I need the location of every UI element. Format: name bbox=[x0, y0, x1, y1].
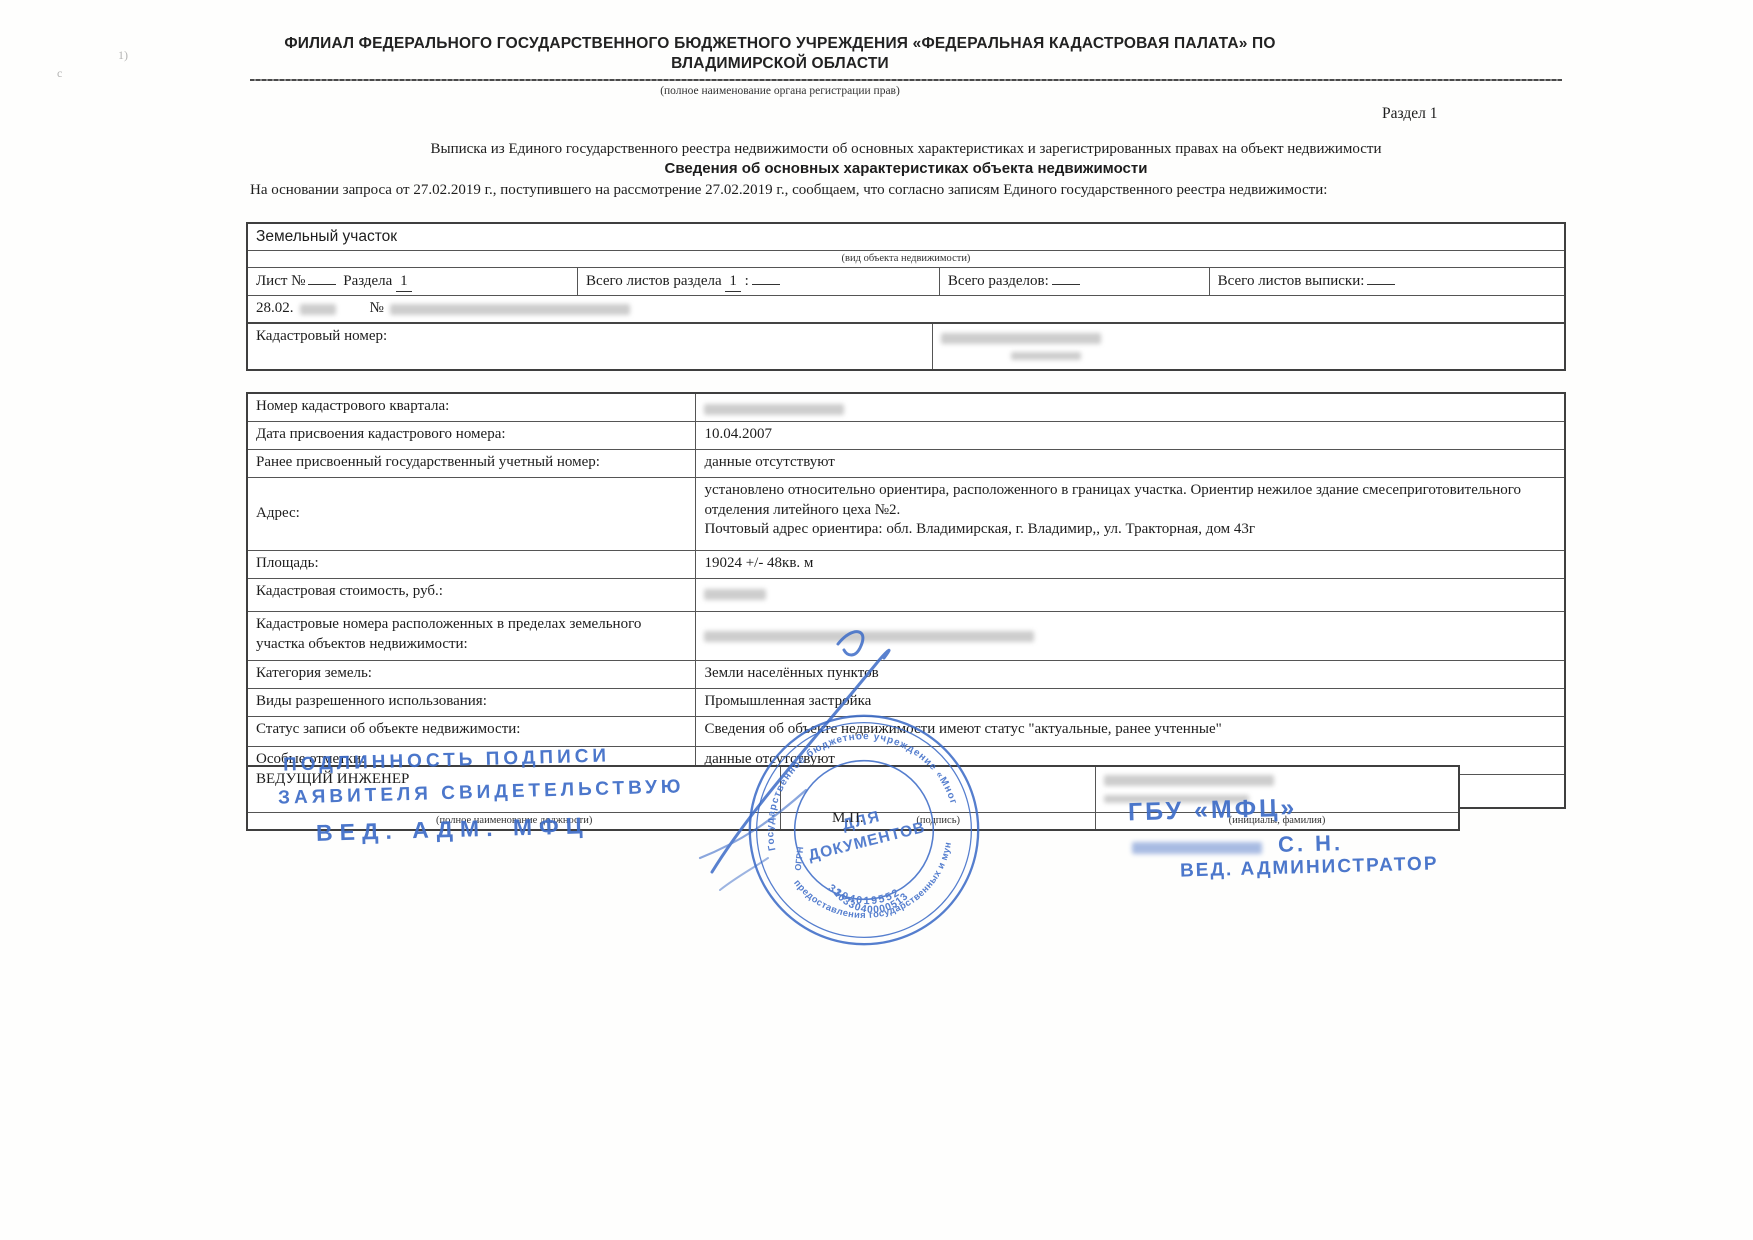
sections-total-label: Всего разделов: bbox=[948, 273, 1049, 289]
blank-line bbox=[308, 271, 336, 285]
redacted-text bbox=[941, 333, 1101, 344]
table-row: (вид объекта недвижимости) bbox=[248, 250, 1564, 267]
razdel-label: Раздела bbox=[343, 273, 392, 289]
sheets-of-section-cell: Всего листов раздела 1 : bbox=[577, 268, 939, 296]
org-name-caption: (полное наименование органа регистрации … bbox=[280, 85, 1280, 97]
request-date-cell: 28.02. № bbox=[248, 296, 1564, 322]
mfc-role-stamp: ВЕД. АДМИНИСТРАТОР bbox=[1180, 853, 1439, 882]
address-line1: установлено относительно ориентира, расп… bbox=[704, 481, 1556, 520]
row-label: Адрес: bbox=[248, 478, 695, 550]
row-value: установлено относительно ориентира, расп… bbox=[695, 478, 1564, 550]
sheets-of-section-label: Всего листов раздела bbox=[586, 273, 722, 289]
sections-total-cell: Всего разделов: bbox=[939, 268, 1209, 296]
blank-line bbox=[752, 271, 780, 285]
table-row: 28.02. № bbox=[248, 295, 1564, 322]
sheet-number-cell: Лист № Раздела 1 bbox=[248, 268, 577, 296]
table-row: Ранее присвоенный государственный учетны… bbox=[248, 449, 1564, 477]
razdel-number: 1 bbox=[396, 272, 412, 293]
signature-stroke bbox=[600, 600, 1020, 930]
row-label: Номер кадастрового квартала: bbox=[248, 394, 695, 421]
row-value: 19024 +/- 48кв. м bbox=[695, 551, 1564, 578]
intro-paragraph: На основании запроса от 27.02.2019 г., п… bbox=[250, 180, 1495, 200]
document-title: Выписка из Единого государственного реес… bbox=[250, 141, 1562, 158]
mfc-initials-stamp: С. Н. bbox=[1278, 830, 1344, 858]
blank-line bbox=[1367, 271, 1395, 285]
redacted-text bbox=[1011, 352, 1081, 360]
redacted-text bbox=[704, 404, 844, 415]
table-row: Кадастровый номер: bbox=[248, 322, 1564, 369]
object-kind-value: Земельный участок bbox=[248, 224, 1564, 250]
sheet-label: Лист № bbox=[256, 273, 305, 289]
document-subtitle: Сведения об основных характеристиках объ… bbox=[250, 160, 1562, 177]
row-label: Площадь: bbox=[248, 551, 695, 578]
request-number-label: № bbox=[370, 299, 384, 319]
header-rule bbox=[250, 79, 1562, 81]
table-row: Номер кадастрового квартала: bbox=[248, 394, 1564, 421]
redacted-text bbox=[390, 304, 630, 315]
sheets-of-section-number: 1 bbox=[725, 272, 741, 293]
table-row: Дата присвоения кадастрового номера: 10.… bbox=[248, 421, 1564, 449]
table-row: Площадь: 19024 +/- 48кв. м bbox=[248, 550, 1564, 578]
row-value bbox=[695, 394, 1564, 421]
row-label: Ранее присвоенный государственный учетны… bbox=[248, 450, 695, 477]
address-line2: Почтовый адрес ориентира: обл. Владимирс… bbox=[704, 520, 1556, 540]
section-label: Раздел 1 bbox=[1382, 105, 1437, 123]
cadastral-number-label: Кадастровый номер: bbox=[248, 324, 932, 369]
row-value: 10.04.2007 bbox=[695, 422, 1564, 449]
redacted-text bbox=[704, 589, 766, 600]
table-row: Лист № Раздела 1 Всего листов раздела 1 … bbox=[248, 267, 1564, 296]
redacted-text bbox=[1132, 842, 1262, 854]
row-label: Дата присвоения кадастрового номера: bbox=[248, 422, 695, 449]
registration-org-name: ФИЛИАЛ ФЕДЕРАЛЬНОГО ГОСУДАРСТВЕННОГО БЮД… bbox=[280, 34, 1280, 74]
table-row: Адрес: установлено относительно ориентир… bbox=[248, 477, 1564, 550]
colon: : bbox=[745, 273, 749, 289]
object-kind-caption: (вид объекта недвижимости) bbox=[248, 251, 1564, 267]
mfc-org-stamp: ГБУ «МФЦ» bbox=[1128, 794, 1298, 828]
cadastral-number-value bbox=[932, 324, 1564, 369]
scan-artifact: 1) bbox=[118, 48, 128, 63]
sheets-total-cell: Всего листов выписки: bbox=[1209, 268, 1564, 296]
object-kind-table: Земельный участок (вид объекта недвижимо… bbox=[246, 222, 1566, 371]
row-value: данные отсутствуют bbox=[695, 450, 1564, 477]
redacted-text bbox=[1104, 775, 1274, 786]
request-date: 28.02. bbox=[256, 299, 294, 319]
org-name-line2: ВЛАДИМИРСКОЙ ОБЛАСТИ bbox=[280, 54, 1280, 74]
table-row: Земельный участок bbox=[248, 224, 1564, 250]
org-name-line1: ФИЛИАЛ ФЕДЕРАЛЬНОГО ГОСУДАРСТВЕННОГО БЮД… bbox=[280, 34, 1280, 54]
redacted-text bbox=[300, 304, 336, 315]
blank-line bbox=[1052, 271, 1080, 285]
document-page: 1) c ФИЛИАЛ ФЕДЕРАЛЬНОГО ГОСУДАРСТВЕННОГ… bbox=[0, 0, 1753, 1240]
scan-artifact: c bbox=[57, 66, 62, 81]
sheets-total-label: Всего листов выписки: bbox=[1218, 273, 1365, 289]
